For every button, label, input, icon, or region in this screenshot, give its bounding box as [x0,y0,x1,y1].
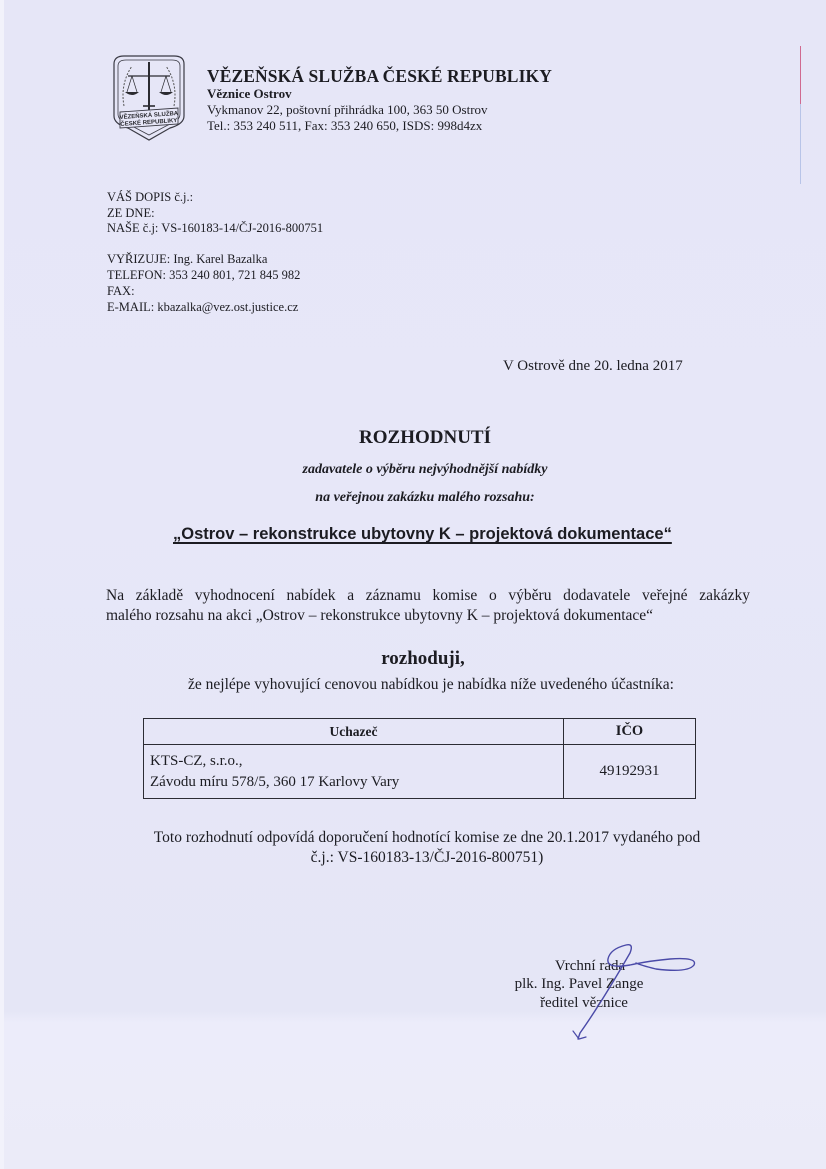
project-title: „Ostrov – rekonstrukce ubytovny K – proj… [173,525,672,544]
our-ref: NAŠE č.j: VS-160183-14/ČJ-2016-800751 [107,221,323,236]
scales-of-justice-emblem-icon: VĚZEŇSKÁ SLUŽBA ČESKÉ REPUBLIKY [110,54,188,142]
bidder-cell: KTS-CZ, s.r.o., Závodu míru 578/5, 360 1… [144,745,564,799]
paragraph-line: malého rozsahu na akci „Ostrov – rekonst… [106,607,653,624]
handled-by: VYŘIZUJE: Ing. Karel Bazalka [107,252,267,267]
bidder-name: KTS-CZ, s.r.o., [150,751,563,772]
bidder-address: Závodu míru 578/5, 360 17 Karlovy Vary [150,772,563,793]
your-letter-ref: VÁŠ DOPIS č.j.: [107,190,193,205]
dated-field: ZE DNE: [107,206,155,221]
decision-basis-paragraph: Na základě vyhodnocení nabídek a záznamu… [106,586,750,626]
document-subtitle: zadavatele o výběru nejvýhodnější nabídk… [0,462,826,478]
conclusion-paragraph: Toto rozhodnutí odpovídá doporučení hodn… [0,828,826,868]
paragraph-line: č.j.: VS-160183-13/ČJ-2016-800751) [14,848,826,868]
scan-artifact-line [800,104,801,184]
verdict-text: že nejlépe vyhovující cenovou nabídkou j… [0,676,826,694]
scan-edge [0,0,4,1169]
column-header-bidder: Uchazeč [144,719,564,745]
paragraph-line: Na základě vyhodnocení nabídek a záznamu… [106,586,750,606]
organization-name: VĚZEŇSKÁ SLUŽBA ČESKÉ REPUBLIKY [207,66,552,87]
signatory-name: plk. Ing. Pavel Zange [489,976,669,993]
signatory-rank: Vrchní rada [500,958,680,975]
signatory-position: ředitel věznice [494,995,674,1012]
organization-unit: Věznice Ostrov [207,86,292,102]
organization-contacts: Tel.: 353 240 511, Fax: 353 240 650, ISD… [207,118,482,134]
paragraph-line: Toto rozhodnutí odpovídá doporučení hodn… [14,828,826,848]
document-subtitle: na veřejnou zakázku malého rozsahu: [0,490,826,506]
document-title: ROZHODNUTÍ [0,427,826,449]
organization-address: Vykmanov 22, poštovní přihrádka 100, 363… [207,102,488,118]
email: E-MAIL: kbazalka@vez.ost.justice.cz [107,300,298,315]
fax: FAX: [107,284,135,299]
verdict-heading: rozhoduji, [0,648,826,670]
table-row: KTS-CZ, s.r.o., Závodu míru 578/5, 360 1… [144,745,696,799]
place-and-date: V Ostrově dne 20. ledna 2017 [503,358,683,375]
phone: TELEFON: 353 240 801, 721 845 982 [107,268,300,283]
column-header-ico: IČO [564,719,696,745]
scan-artifact-line [800,46,801,104]
bidder-ico: 49192931 [564,745,696,799]
winning-bidder-table: Uchazeč IČO KTS-CZ, s.r.o., Závodu míru … [143,718,696,799]
